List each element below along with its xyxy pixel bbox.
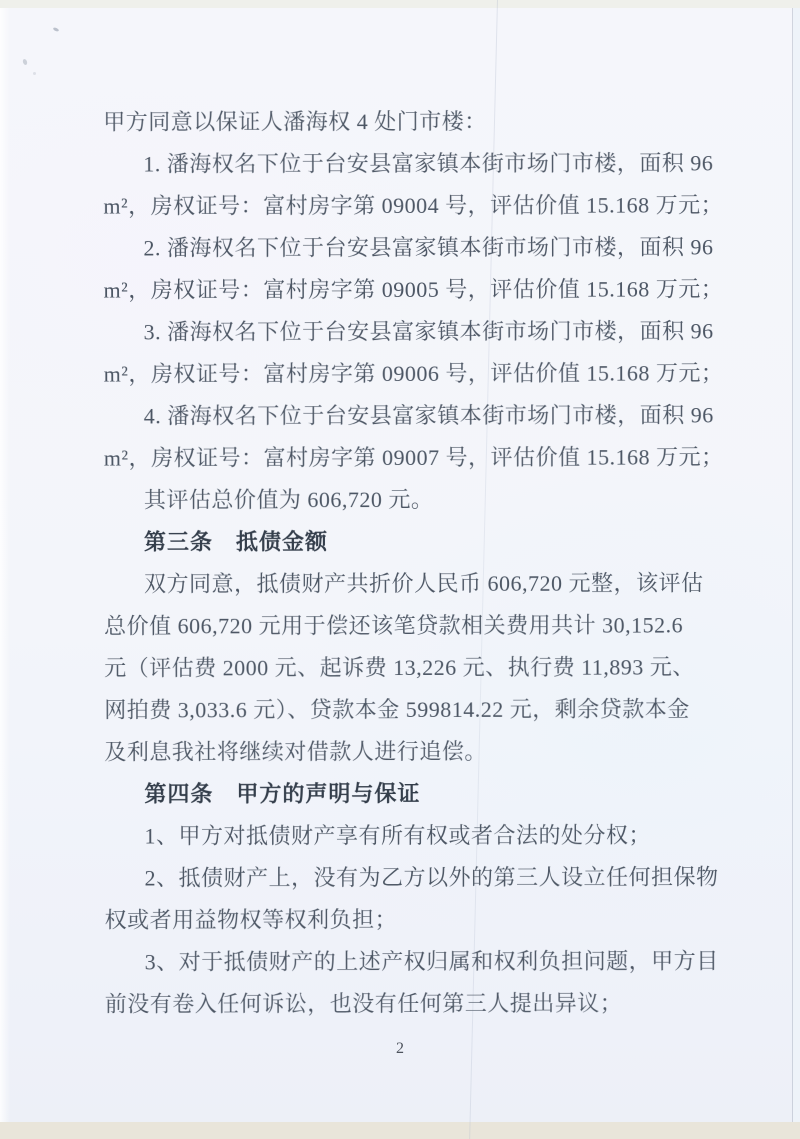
document-line: 元（评估费 2000 元、起诉费 13,226 元、执行费 11,893 元、 [104,646,718,689]
document-line: 1、甲方对抵债财产享有所有权或者合法的处分权； [104,814,718,857]
document-line: 前没有卷入任何诉讼，也没有任何第三人提出异议； [105,982,719,1025]
document-line: 1. 潘海权名下位于台安县富家镇本街市场门市楼，面积 96 [103,142,717,185]
document-line: 甲方同意以保证人潘海权 4 处门市楼： [103,100,717,143]
section-heading: 第四条 甲方的声明与保证 [104,772,718,815]
document-line: 及利息我社将继续对借款人进行追偿。 [104,730,718,773]
document-line: m²，房权证号：富村房字第 09007 号，评估价值 15.168 万元； [104,436,718,479]
document-line: m²，房权证号：富村房字第 09005 号，评估价值 15.168 万元； [103,268,717,311]
document-line: m²，房权证号：富村房字第 09006 号，评估价值 15.168 万元； [104,352,718,395]
document-line: 3、对于抵债财产的上述产权归属和权利负担问题，甲方目 [105,940,719,983]
paper-left-edge [0,8,10,1122]
document-line: 4. 潘海权名下位于台安县富家镇本街市场门市楼，面积 96 [104,394,718,437]
paper-right-margin [793,8,800,1122]
text-block: 甲方同意以保证人潘海权 4 处门市楼：1. 潘海权名下位于台安县富家镇本街市场门… [103,100,719,1025]
document-line: 网拍费 3,033.6 元）、贷款本金 599814.22 元，剩余贷款本金 [104,688,718,731]
document-line: 权或者用益物权等权利负担； [105,898,719,941]
document-line: 其评估总价值为 606,720 元。 [104,478,718,521]
document-line: 双方同意，抵债财产共折价人民币 606,720 元整，该评估 [104,562,718,605]
document-line: m²，房权证号：富村房字第 09004 号，评估价值 15.168 万元； [103,184,717,227]
document-line: 总价值 606,720 元用于偿还该笔贷款相关费用共计 30,152.6 [104,604,718,647]
document-line: 3. 潘海权名下位于台安县富家镇本街市场门市楼，面积 96 [104,310,718,353]
page-number: 2 [0,1040,800,1058]
document-line: 2、抵债财产上，没有为乙方以外的第三人设立任何担保物 [105,856,719,899]
section-heading: 第三条 抵债金额 [104,520,718,563]
scan-speck [33,72,36,75]
document-line: 2. 潘海权名下位于台安县富家镇本街市场门市楼，面积 96 [103,226,717,269]
